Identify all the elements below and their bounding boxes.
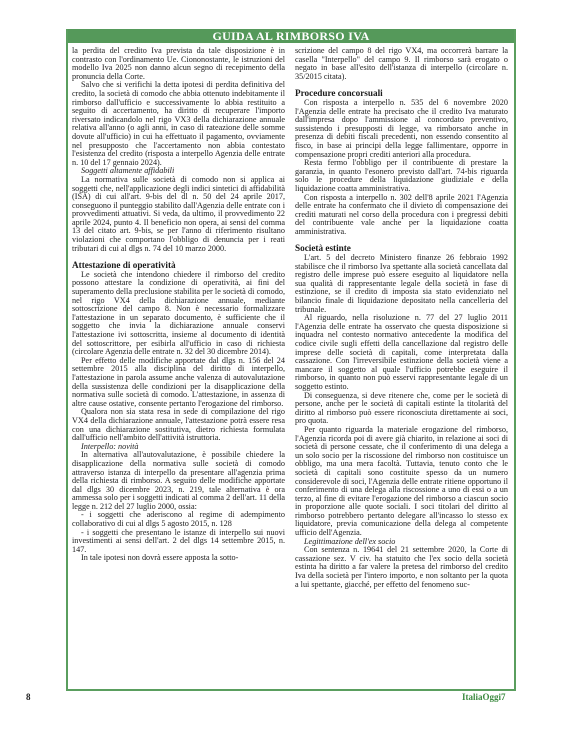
paragraph: Al riguardo, nella risoluzione n. 77 del… [295,314,508,391]
paragraph: Resta fermo l'obbligo per il contribuent… [295,159,508,193]
list-item: - i soggetti che aderiscono al regime di… [72,511,285,528]
publication-logo: ItaliaOggi7 [462,692,506,702]
paragraph: Qualora non sia stata resa in sede di co… [72,408,285,442]
paragraph: Le società che intendono chiedere il rim… [72,271,285,357]
paragraph: Salvo che si verifichi la detta ipotesi … [72,81,285,167]
paragraph: In alternativa all'autovalutazione, è po… [72,451,285,511]
paragraph: la perdita del credito Iva prevista da t… [72,47,285,81]
paragraph: Con risposta a interpello n. 535 del 6 n… [295,99,508,159]
list-item: - i soggetti che presentano le istanze d… [72,529,285,555]
paragraph: Con sentenza n. 19641 del 21 settembre 2… [295,546,508,589]
paragraph: In tale ipotesi non dovrà essere apposta… [72,554,285,563]
left-column: la perdita del credito Iva prevista da t… [72,47,285,689]
right-column: scrizione del campo 8 del rigo VX4, ma o… [295,47,508,689]
paragraph: Per effetto delle modifiche apportate da… [72,357,285,409]
paragraph: L'art. 5 del decreto Ministero finanze 2… [295,254,508,314]
article-body: la perdita del credito Iva prevista da t… [72,47,508,689]
paragraph: Con risposta a interpello n. 302 dell'8 … [295,194,508,237]
page-number: 8 [26,692,31,702]
paragraph: Per quanto riguarda la materiale erogazi… [295,426,508,538]
paragraph: Di conseguenza, si deve ritenere che, co… [295,392,508,426]
paragraph: scrizione del campo 8 del rigo VX4, ma o… [295,47,508,81]
paragraph: La normativa sulle società di comodo non… [72,176,285,253]
